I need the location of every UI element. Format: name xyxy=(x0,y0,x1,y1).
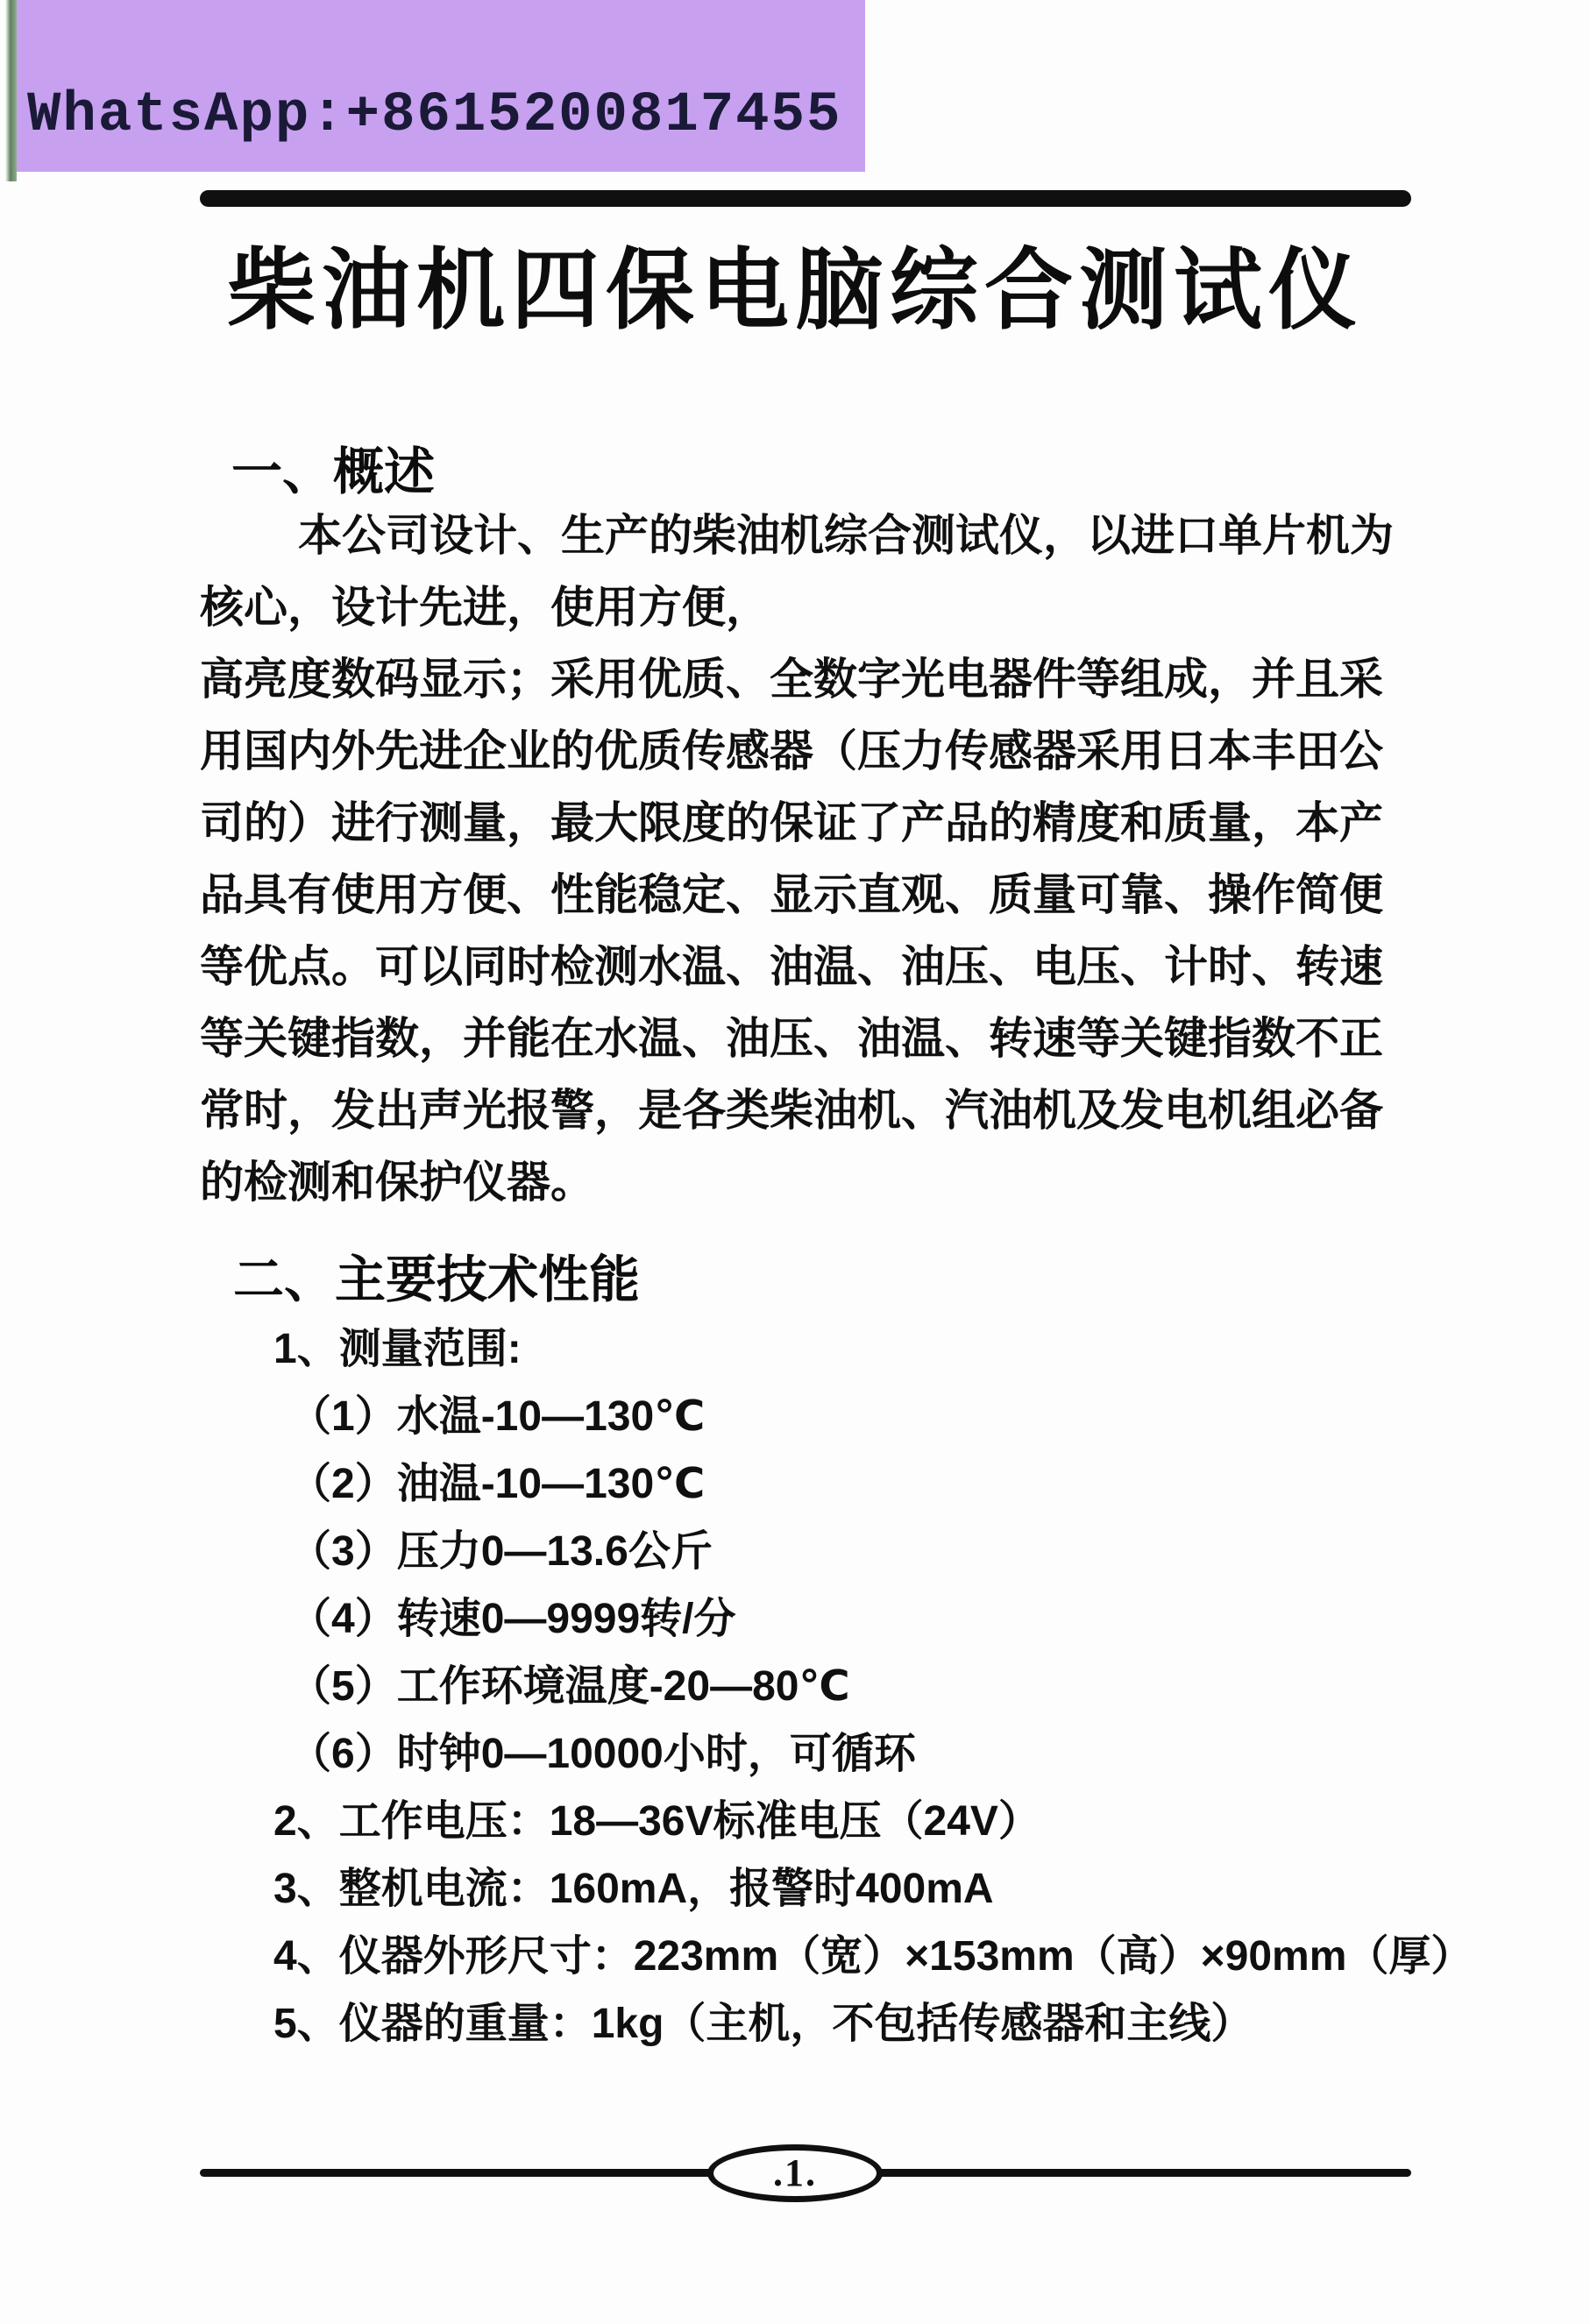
specs-heading: 二、主要技术性能 xyxy=(233,1251,640,1309)
overview-line: 品具有使用方便、性能稳定、显示直观、质量可靠、操作简便 xyxy=(200,859,1394,931)
overview-line: 的检测和保护仪器。 xyxy=(200,1146,1394,1218)
overview-paragraph: 本公司设计、生产的柴油机综合测试仪，以进口单片机为 核心，设计先进，使用方便， … xyxy=(200,500,1394,1218)
title-divider-rule xyxy=(200,190,1411,207)
overview-line: 司的）进行测量，最大限度的保证了产品的精度和质量，本产 xyxy=(200,787,1394,859)
overview-line: 等优点。可以同时检测水温、油温、油压、电压、计时、转速 xyxy=(200,931,1394,1003)
spec-subitem-pressure: （3）压力0—13.6公斤 xyxy=(273,1518,1473,1585)
page-number: .1. xyxy=(773,2154,817,2193)
overview-line: 常时，发出声光报警，是各类柴油机、汽油机及发电机组必备 xyxy=(200,1074,1394,1146)
page-title: 柴油机四保电脑综合测试仪 xyxy=(0,238,1590,344)
spec-item-voltage: 2、工作电压：18—36V标准电压（24V） xyxy=(273,1788,1473,1855)
spec-subitem-rpm: （4）转速0—9999转/分 xyxy=(273,1585,1473,1653)
overview-line: 等关键指数，并能在水温、油压、油温、转速等关键指数不正 xyxy=(200,1003,1394,1074)
document-page: WhatsApp:+8615200817455 柴油机四保电脑综合测试仪 一、概… xyxy=(0,0,1590,2324)
spec-subitem-clock: （6）时钟0—10000小时，可循环 xyxy=(273,1720,1473,1788)
spec-subitem-oil-temp: （2）油温-10—130℃ xyxy=(273,1450,1473,1518)
spec-item-dimensions: 4、仪器外形尺寸：223mm（宽）×153mm（高）×90mm（厚） xyxy=(273,1923,1473,1990)
overview-line: 本公司设计、生产的柴油机综合测试仪，以进口单片机为 xyxy=(200,500,1394,571)
overview-line: 用国内外先进企业的优质传感器（压力传感器采用日本丰田公 xyxy=(200,715,1394,787)
green-edge-strip xyxy=(5,0,17,181)
spec-item-measure-range: 1、测量范围: xyxy=(273,1315,1473,1383)
specs-list: 1、测量范围: （1）水温-10—130℃ （2）油温-10—130℃ （3）压… xyxy=(273,1315,1473,2058)
overview-line: 高亮度数码显示；采用优质、全数字光电器件等组成，并且采 xyxy=(200,643,1394,715)
spec-item-current: 3、整机电流：160mA，报警时400mA xyxy=(273,1855,1473,1923)
spec-subitem-water-temp: （1）水温-10—130℃ xyxy=(273,1383,1473,1450)
overview-heading: 一、概述 xyxy=(231,443,435,501)
spec-subitem-ambient-temp: （5）工作环境温度-20—80℃ xyxy=(273,1653,1473,1720)
whatsapp-contact-text: WhatsApp:+8615200817455 xyxy=(27,88,841,144)
spec-item-weight: 5、仪器的重量：1kg（主机，不包括传感器和主线） xyxy=(273,1990,1473,2058)
overview-line: 核心，设计先进，使用方便， xyxy=(200,571,1394,643)
page-number-badge: .1. xyxy=(707,2144,883,2202)
whatsapp-banner: WhatsApp:+8615200817455 xyxy=(17,0,865,172)
